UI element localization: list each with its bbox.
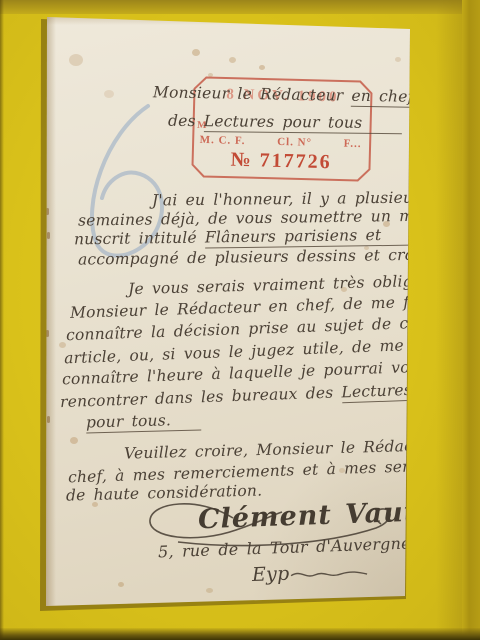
stamp-field-1: M. C. F. [200,134,246,147]
paraph-squiggle [289,565,369,582]
body-line: accompagné de plusieurs dessins et croqu… [78,245,453,268]
paper-left-shading [46,17,56,607]
salutation-line-2: des Lectures pour tous [168,112,402,132]
background-top-edge [0,0,480,14]
background-right-shade [436,0,462,640]
paper-top-shading [47,17,410,25]
letter-photo: 8 NOV. 1900 M M. C. F. Cl. N° F... № 717… [0,0,480,640]
foxing-spot [259,65,265,70]
paper-edge-chip [47,232,50,239]
body-line: nuscrit intitulé Flâneurs parisiens et [74,226,412,249]
foxing-spot [118,582,124,587]
background-left-edge [0,0,4,640]
letter-paper: 8 NOV. 1900 M M. C. F. Cl. N° F... № 717… [0,0,480,640]
paper-edge-chip [47,416,50,423]
background-bottom-edge [0,628,480,640]
paraph: Eyp [252,560,370,586]
foxing-spot [206,588,213,593]
body-line: pour tous. [86,410,201,431]
stamp-field-2: Cl. N° [277,136,312,149]
foxing-spot [70,437,78,444]
foxing-spot [395,57,401,62]
background-right-edge [462,0,480,640]
foxing-spot [229,57,236,63]
foxing-spot [59,342,66,348]
foxing-spot [104,90,114,98]
foxing-spot [69,54,83,66]
stamp-field-3: F... [343,138,361,150]
stamp-number: № 717726 [191,148,372,176]
foxing-spot [192,49,200,56]
